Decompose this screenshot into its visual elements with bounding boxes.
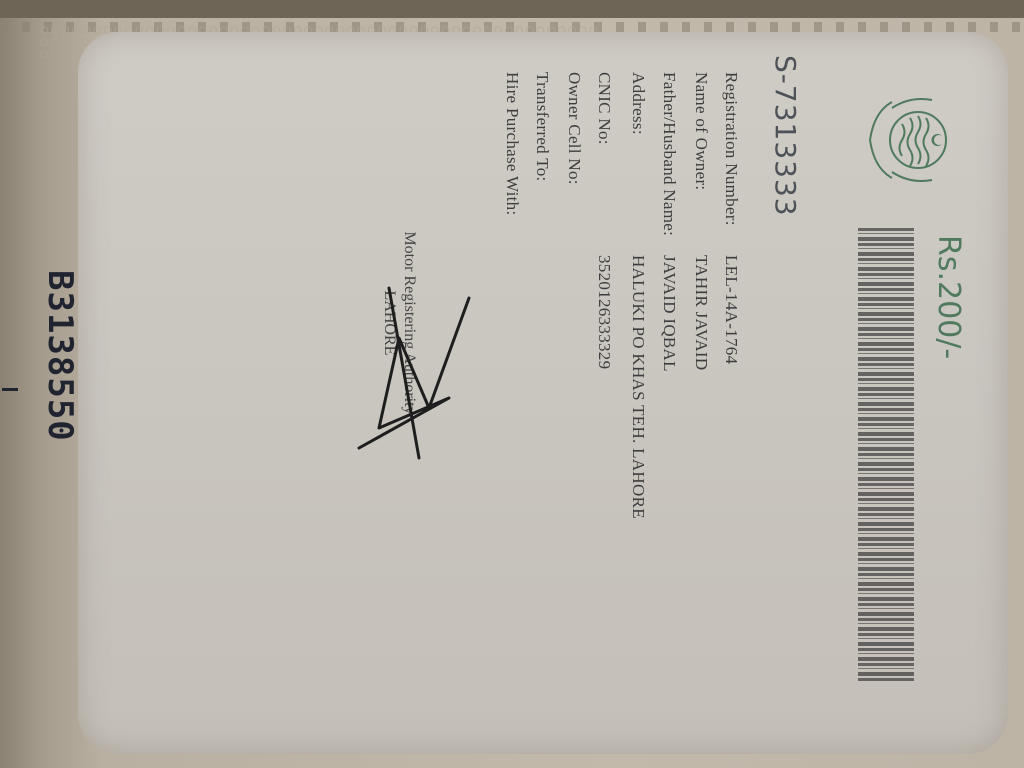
punjab-emblem-icon xyxy=(866,88,962,188)
hire-purchase-label: Hire Purchase With: xyxy=(502,72,522,216)
registration-number-value: LEL-14A-1764 xyxy=(721,255,741,364)
owner-name-label: Name of Owner: xyxy=(691,72,711,190)
address-label: Address: xyxy=(628,72,648,135)
signature-icon xyxy=(349,278,489,468)
document-number: S-7313333 xyxy=(769,55,802,217)
father-name-value: JAVAID IQBAL xyxy=(659,255,679,372)
owner-name-value: TAHIR JAVAID xyxy=(691,255,711,370)
address-value: HALUKI PO KHAS TEH. LAHORE xyxy=(628,255,648,519)
registration-number-label: Registration Number: xyxy=(721,72,741,226)
barcode xyxy=(858,228,914,683)
owner-cell-label: Owner Cell No: xyxy=(564,72,584,185)
document-content: Rs.200/- S-7313333 Registration Number: … xyxy=(0,0,1024,768)
cnic-label: CNIC No: xyxy=(594,72,614,145)
price-label: Rs.200/- xyxy=(931,235,966,359)
cnic-value: 3520126333329 xyxy=(594,255,614,369)
transferred-to-label: Transferred To: xyxy=(532,72,552,182)
father-name-label: Father/Husband Name: xyxy=(659,72,679,236)
